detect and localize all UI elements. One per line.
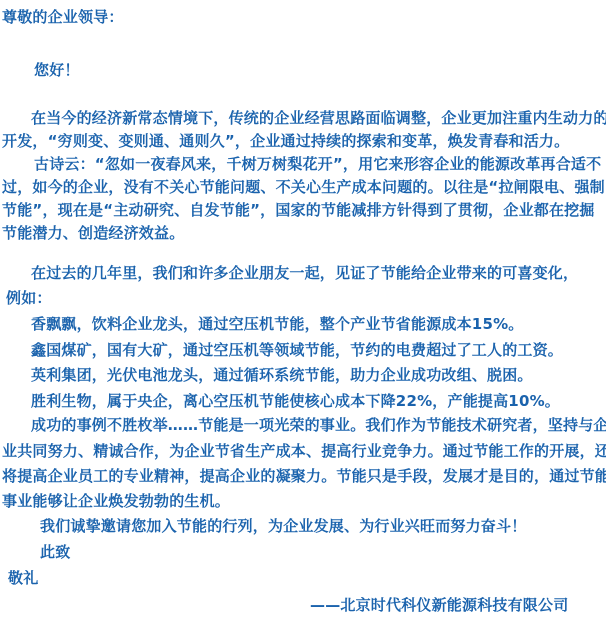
- example-item: 英利集团，光伏电池龙头，通过循环系统节能，助力企业成功改组、脱困。: [31, 365, 533, 385]
- paragraph-line: 将提高企业员工的专业精神，提高企业的凝聚力。节能只是手段，发展才是目的，通过节能: [2, 466, 606, 486]
- paragraph-line: 成功的事例不胜枚举……节能是一项光荣的事业。我们作为节能技术研究者，坚持与企: [31, 415, 606, 435]
- paragraph-line: 业共同努力、精诚合作，为企业节省生产成本、提高行业竞争力。通过节能工作的开展，还: [2, 441, 606, 461]
- closing-cizhi: 此致: [40, 542, 70, 562]
- paragraph-line: 例如：: [6, 288, 52, 308]
- invitation: 我们诚挚邀请您加入节能的行列，为企业发展、为行业兴旺而努力奋斗！: [40, 516, 526, 536]
- example-item: 胜利生物，属于央企，离心空压机节能使核心成本下降22%，产能提高10%。: [31, 391, 560, 411]
- paragraph-line: 过，如今的企业，没有不关心节能问题、不关心生产成本问题的。以往是“拉闸限电、强制: [2, 177, 605, 197]
- signature: ——北京时代科仪新能源科技有限公司: [310, 595, 568, 615]
- paragraph-line: 节能潜力、创造经济效益。: [2, 223, 184, 243]
- paragraph-line: 在当今的经济新常态情境下，传统的企业经营思路面临调整，企业更加注重内生动力的: [31, 108, 606, 128]
- greeting: 您好！: [34, 60, 80, 80]
- paragraph-line: 古诗云：“忽如一夜春风来，千树万树梨花开”，用它来形容企业的能源改革再合适不: [34, 154, 601, 174]
- example-item: 鑫国煤矿，国有大矿，通过空压机等领域节能，节约的电费超过了工人的工资。: [31, 340, 563, 360]
- paragraph-line: 在过去的几年里，我们和许多企业朋友一起，见证了节能给企业带来的可喜变化，: [31, 263, 578, 283]
- paragraph-line: 事业能够让企业焕发勃勃的生机。: [2, 491, 230, 511]
- closing-jingli: 敬礼: [8, 568, 38, 588]
- paragraph-line: 开发，“穷则变、变则通、通则久”，企业通过持续的探索和变革，焕发青春和活力。: [2, 131, 569, 151]
- example-item: 香飘飘，饮料企业龙头，通过空压机节能，整个产业节省能源成本15%。: [31, 314, 524, 334]
- salutation: 尊敬的企业领导：: [2, 7, 124, 27]
- paragraph-line: 节能”，现在是“主动研究、自发节能”，国家的节能减排方针得到了贯彻，企业都在挖掘: [2, 200, 595, 220]
